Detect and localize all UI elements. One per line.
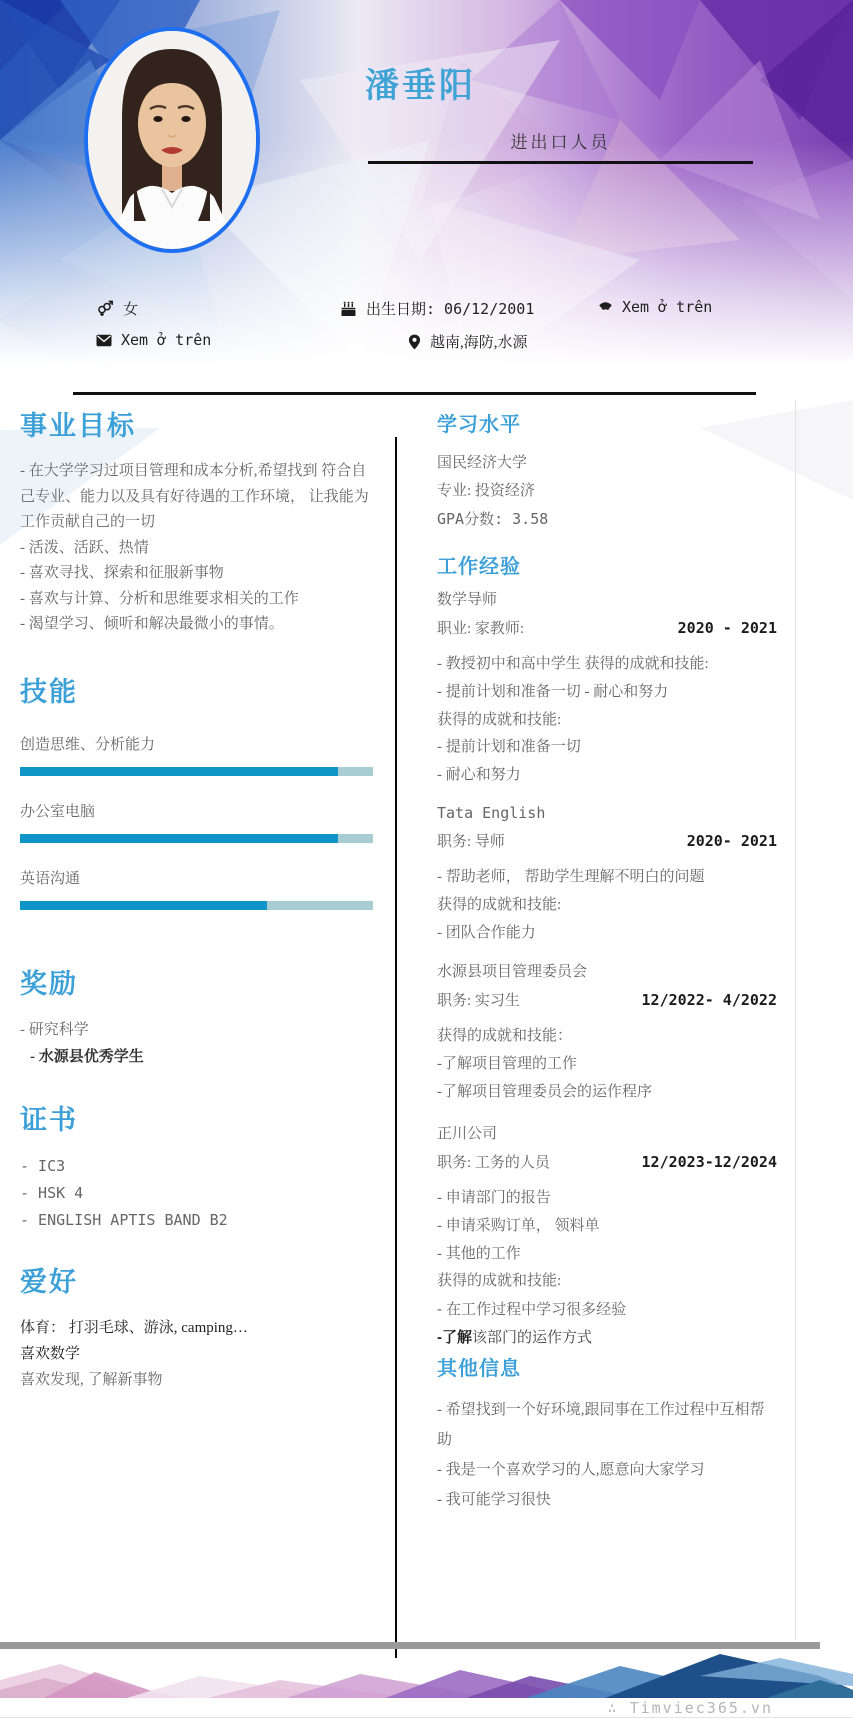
gender-value: 女 (123, 298, 138, 319)
career-objective-title: 事业目标 (20, 404, 376, 443)
section-education: 学习水平 国民经济大学 专业: 投资经济 GPA分数: 3.58 (437, 408, 777, 533)
certificate-item: - IC3 (20, 1153, 376, 1180)
skill-label: 办公室电脑 (20, 802, 376, 822)
phone-icon (598, 300, 613, 314)
header-divider (73, 392, 756, 395)
location-pin-icon (408, 334, 421, 350)
hobby-line: 体育： 打羽毛球、游泳, camping… (20, 1315, 376, 1341)
certificate-item: - ENGLISH APTIS BAND B2 (20, 1207, 376, 1234)
hobbies-title: 爱好 (20, 1260, 376, 1299)
address-field: 越南,海防,水源 (408, 331, 528, 352)
birthdate-field: 出生日期: 06/12/2001 (340, 298, 534, 319)
certificates-title: 证书 (20, 1098, 376, 1137)
skill-bar-fill (20, 834, 338, 843)
experience-entry: Tata English 职务: 导师 2020- 2021 - 帮助老师， 帮… (437, 799, 777, 947)
entry-bullet: -了解该部门的运作方式 (437, 1324, 777, 1353)
skill-bar-fill (20, 901, 267, 910)
portrait-illustration (88, 31, 256, 249)
other-info-title: 其他信息 (437, 1352, 777, 1381)
watermark-text: ∴ Timviec365.vn (608, 1699, 773, 1717)
education-school: 国民经济大学 (437, 449, 777, 477)
skill-bar (20, 901, 373, 910)
entry-bullet: - 耐心和努力 (437, 762, 777, 790)
column-divider (395, 437, 397, 1658)
skill-label: 英语沟通 (20, 869, 376, 889)
other-info-line: - 希望找到一个好环境,跟同事在工作过程中互相帮助 (437, 1395, 777, 1455)
birthday-cake-icon (340, 301, 357, 317)
certificate-item: - HSK 4 (20, 1180, 376, 1207)
page-edge-line (795, 400, 796, 1640)
gender-icon (96, 300, 114, 317)
candidate-name: 潘垂阳 (365, 58, 476, 107)
skills-title: 技能 (20, 670, 376, 709)
job-title: 进出口人员 (368, 128, 753, 153)
award-item: - 研究科学 (20, 1017, 376, 1044)
entry-date: 2020- 2021 (687, 827, 777, 855)
title-underline (368, 161, 753, 164)
phone-value: Xem ở trên (622, 298, 712, 316)
objective-line: - 渴望学习、倾听和解决最微小的事情。 (20, 612, 376, 638)
entry-bullet: - 团队合作能力 (437, 920, 777, 948)
footer-gray-bar (0, 1642, 820, 1649)
entry-role: 职务: 实习生 (437, 987, 520, 1015)
entry-bullet: 获得的成就和技能: (437, 1268, 777, 1296)
entry-bullet: -了解项目管理的工作 (437, 1051, 777, 1079)
bottom-edge-line (0, 1717, 853, 1718)
entry-date: 12/2022- 4/2022 (642, 986, 777, 1014)
entry-role: 职务: 导师 (437, 828, 505, 856)
experience-entry: 水源县项目管理委员会 职务: 实习生 12/2022- 4/2022 获得的成就… (437, 958, 777, 1106)
skill-label: 创造思维、分析能力 (20, 735, 376, 755)
entry-bullet: 获得的成就和技能： (437, 1023, 777, 1051)
entry-bullet: - 提前计划和准备一切 (437, 734, 777, 762)
entry-role: 职业: 家教师: (437, 615, 524, 643)
skill-bar (20, 834, 373, 843)
entry-bullet: 获得的成就和技能: (437, 892, 777, 920)
phone-field: Xem ở trên (598, 298, 712, 316)
section-other-info: 其他信息 - 希望找到一个好环境,跟同事在工作过程中互相帮助 - 我是一个喜欢学… (437, 1352, 777, 1515)
address-value: 越南,海防,水源 (430, 331, 528, 352)
experience-entry: 数学导师 职业: 家教师: 2020 - 2021 - 教授初中和高中学生 获得… (437, 586, 777, 790)
education-title: 学习水平 (437, 408, 777, 437)
education-major: 专业: 投资经济 (437, 477, 777, 505)
entry-bullet: - 提前计划和准备一切 - 耐心和努力 (437, 679, 777, 707)
skill-bar-fill (20, 767, 338, 776)
section-career-objective: 事业目标 - 在大学学习过项目管理和成本分析,希望找到 符合自己专业、能力以及具… (20, 404, 376, 638)
other-info-line: - 我可能学习很快 (437, 1485, 777, 1515)
experience-entry: 正川公司 职务: 工务的人员 12/2023-12/2024 - 申请部门的报告… (437, 1120, 777, 1353)
section-hobbies: 爱好 体育： 打羽毛球、游泳, camping… 喜欢数学 喜欢发现, 了解新事… (20, 1260, 376, 1393)
objective-line: - 喜欢寻找、探索和征服新事物 (20, 561, 376, 587)
objective-line: - 活泼、活跃、热情 (20, 536, 376, 562)
entry-bullet: - 帮助老师， 帮助学生理解不明白的问题 (437, 864, 777, 892)
section-skills: 技能 创造思维、分析能力 办公室电脑 英语沟通 (20, 670, 376, 910)
objective-intro: - 在大学学习过项目管理和成本分析,希望找到 符合自己专业、能力以及具有好待遇的… (20, 459, 376, 536)
entry-bullet: - 在工作过程中学习很多经验 (437, 1296, 777, 1324)
entry-role: 职务: 工务的人员 (437, 1149, 550, 1177)
section-certificates: 证书 - IC3 - HSK 4 - ENGLISH APTIS BAND B2 (20, 1098, 376, 1234)
footer-polygon-strip (0, 1650, 853, 1700)
email-value: Xem ở trên (121, 331, 211, 349)
objective-line: - 喜欢与计算、分析和思维要求相关的工作 (20, 587, 376, 613)
footer-watermark-band: ∴ Timviec365.vn (0, 1698, 853, 1717)
email-icon (96, 334, 112, 347)
entry-company: 数学导师 (437, 586, 777, 614)
award-item: - 水源县优秀学生 (20, 1044, 376, 1071)
entry-date: 12/2023-12/2024 (642, 1148, 777, 1176)
skill-bar (20, 767, 373, 776)
entry-bullet: - 其他的工作 (437, 1241, 777, 1269)
entry-bullet: - 申请部门的报告 (437, 1185, 777, 1213)
entry-bullet: - 申请采购订单， 领料单 (437, 1213, 777, 1241)
hobby-line: 喜欢数学 (20, 1341, 376, 1367)
experience-title: 工作经验 (437, 550, 777, 579)
awards-title: 奖励 (20, 962, 376, 1001)
entry-company: 水源县项目管理委员会 (437, 958, 777, 986)
resume-page: 潘垂阳 进出口人员 女 出生日期: 06/12/2001 Xem ở trên … (0, 0, 853, 1725)
gender-field: 女 (96, 298, 138, 319)
hobby-line: 喜欢发现, 了解新事物 (20, 1367, 376, 1393)
entry-bullet: -了解项目管理委员会的运作程序 (437, 1079, 777, 1107)
profile-photo (84, 27, 260, 253)
entry-bullet: - 教授初中和高中学生 获得的成就和技能: (437, 651, 777, 679)
other-info-line: - 我是一个喜欢学习的人,愿意向大家学习 (437, 1455, 777, 1485)
birthdate-value: 出生日期: 06/12/2001 (366, 298, 534, 319)
email-field: Xem ở trên (96, 331, 211, 349)
section-awards: 奖励 - 研究科学 - 水源县优秀学生 (20, 962, 376, 1071)
entry-date: 2020 - 2021 (678, 614, 777, 642)
education-gpa: GPA分数: 3.58 (437, 505, 777, 533)
entry-company: 正川公司 (437, 1120, 777, 1148)
entry-bullet: 获得的成就和技能: (437, 707, 777, 735)
entry-company: Tata English (437, 799, 777, 827)
